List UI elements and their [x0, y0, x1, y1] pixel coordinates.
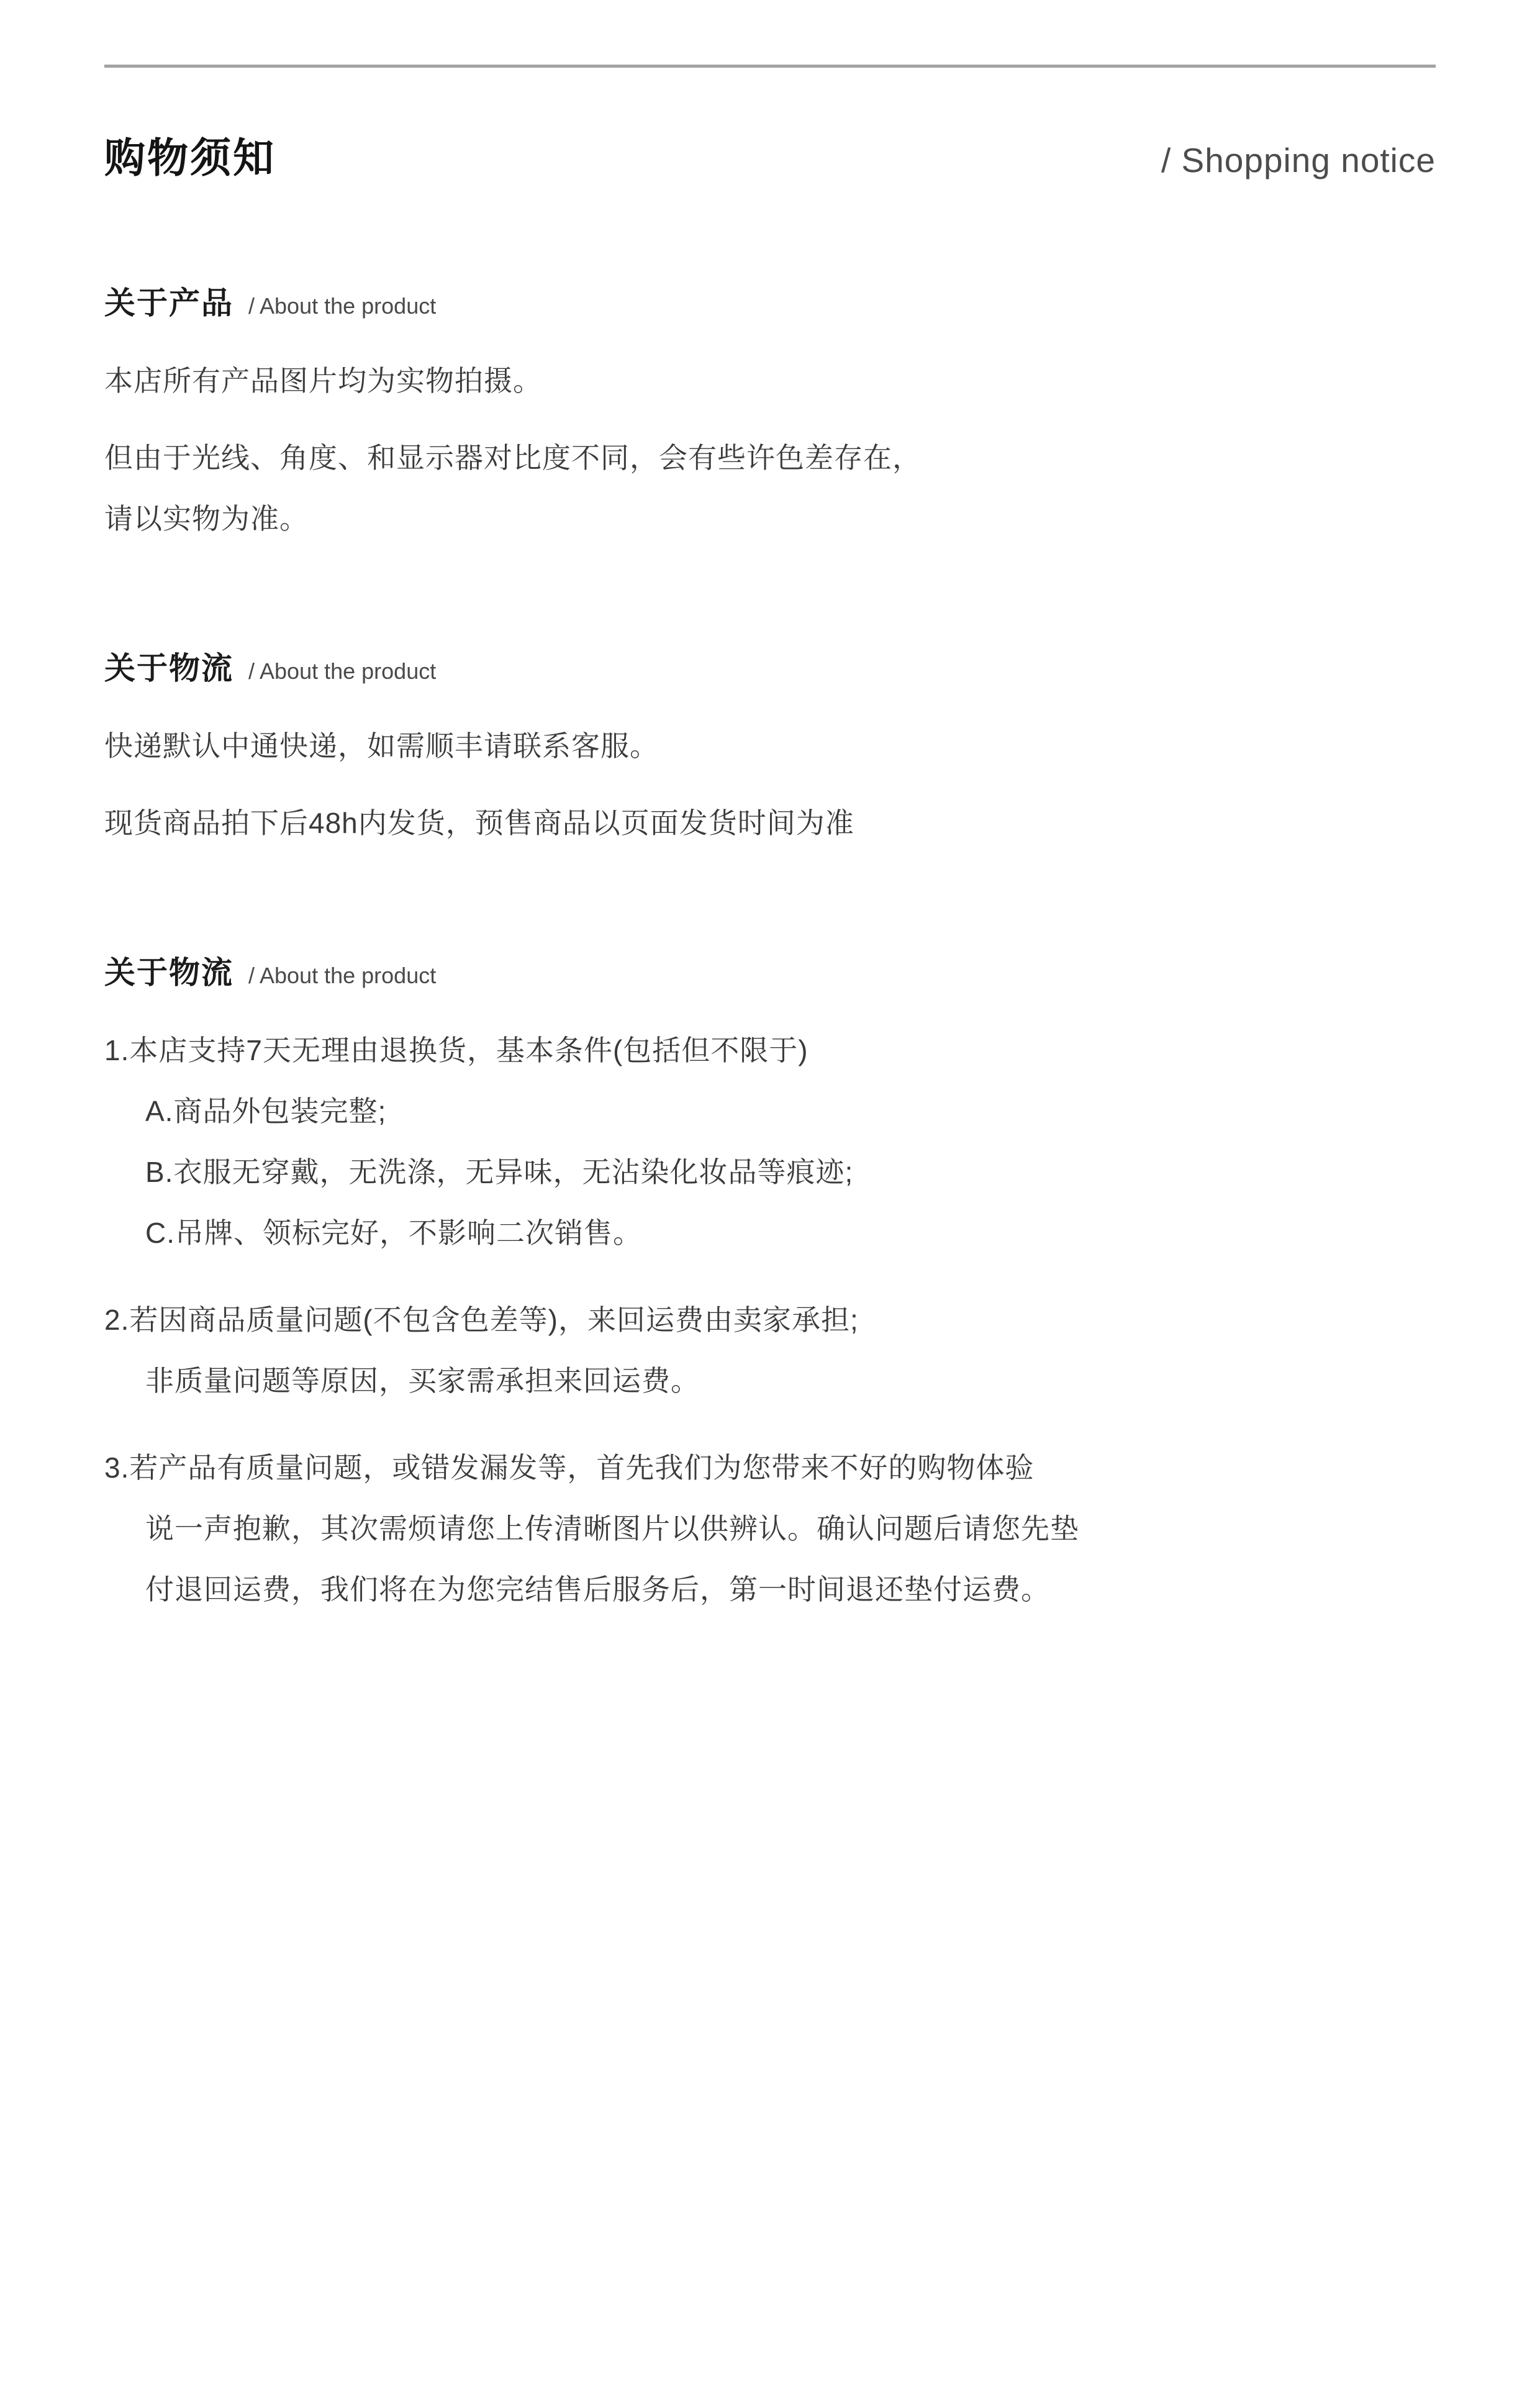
page-title: 购物须知	[104, 125, 276, 184]
paragraph: 但由于光线、角度、和显示器对比度不同，会有些许色差存在， 请以实物为准。	[104, 427, 1436, 549]
section-about-product: 关于产品 / About the product 本店所有产品图片均为实物拍摄。…	[104, 278, 1436, 549]
list-item-lead: 3.若产品有质量问题，或错发漏发等，首先我们为您带来不好的购物体验	[104, 1437, 1436, 1498]
list-item: 3.若产品有质量问题，或错发漏发等，首先我们为您带来不好的购物体验 说一声抱歉，…	[104, 1437, 1436, 1620]
list-item-lead: 1.本店支持7天无理由退换货，基本条件(包括但不限于)	[104, 1020, 1436, 1081]
section-heading-zh: 关于物流	[104, 643, 233, 688]
list-item-subline: A.商品外包装完整;	[104, 1081, 1436, 1142]
paragraph: 现货商品拍下后48h内发货，预售商品以页面发货时间为准	[104, 793, 1436, 853]
paragraph-line: 快递默认中通快递，如需顺丰请联系客服。	[104, 715, 1436, 776]
paragraph-line: 请以实物为准。	[104, 488, 1436, 549]
section-heading-zh: 关于物流	[104, 948, 233, 993]
divider-rule	[104, 65, 1436, 68]
section-heading: 关于物流 / About the product	[104, 948, 1436, 993]
list-item-subline: 非质量问题等原因，买家需承担来回运费。	[104, 1350, 1436, 1411]
paragraph-line: 但由于光线、角度、和显示器对比度不同，会有些许色差存在，	[104, 427, 1436, 488]
section-body: 快递默认中通快递，如需顺丰请联系客服。 现货商品拍下后48h内发货，预售商品以页…	[104, 715, 1436, 853]
list-item-subline: 说一声抱歉，其次需烦请您上传清晰图片以供辨认。确认问题后请您先垫	[104, 1498, 1436, 1559]
page-title-row: 购物须知 / Shopping notice	[104, 125, 1436, 184]
section-heading: 关于产品 / About the product	[104, 278, 1436, 323]
shopping-notice-page: 购物须知 / Shopping notice 关于产品 / About the …	[0, 0, 1540, 2385]
list-item-subline: 付退回运费，我们将在为您完结售后服务后，第一时间退还垫付运费。	[104, 1559, 1436, 1620]
page-title-en: / Shopping notice	[1161, 140, 1436, 180]
list-item-subline: C.吊牌、领标完好，不影响二次销售。	[104, 1202, 1436, 1263]
paragraph: 快递默认中通快递，如需顺丰请联系客服。	[104, 715, 1436, 776]
section-return-policy: 关于物流 / About the product 1.本店支持7天无理由退换货，…	[104, 948, 1436, 1620]
list-item-lead: 2.若因商品质量问题(不包含色差等)，来回运费由卖家承担;	[104, 1289, 1436, 1350]
list-item: 2.若因商品质量问题(不包含色差等)，来回运费由卖家承担; 非质量问题等原因，买…	[104, 1289, 1436, 1411]
paragraph-line: 本店所有产品图片均为实物拍摄。	[104, 350, 1436, 411]
list-item-subline: B.衣服无穿戴，无洗涤，无异味，无沾染化妆品等痕迹;	[104, 1142, 1436, 1202]
section-body: 1.本店支持7天无理由退换货，基本条件(包括但不限于) A.商品外包装完整; B…	[104, 1020, 1436, 1620]
list-item: 1.本店支持7天无理由退换货，基本条件(包括但不限于) A.商品外包装完整; B…	[104, 1020, 1436, 1263]
paragraph-line: 现货商品拍下后48h内发货，预售商品以页面发货时间为准	[104, 793, 1436, 853]
paragraph: 本店所有产品图片均为实物拍摄。	[104, 350, 1436, 411]
section-heading-en: / About the product	[248, 293, 436, 319]
section-body: 本店所有产品图片均为实物拍摄。 但由于光线、角度、和显示器对比度不同，会有些许色…	[104, 350, 1436, 549]
section-heading-zh: 关于产品	[104, 278, 233, 323]
section-heading-en: / About the product	[248, 658, 436, 684]
section-heading: 关于物流 / About the product	[104, 643, 1436, 688]
section-logistics: 关于物流 / About the product 快递默认中通快递，如需顺丰请联…	[104, 643, 1436, 853]
section-heading-en: / About the product	[248, 963, 436, 989]
